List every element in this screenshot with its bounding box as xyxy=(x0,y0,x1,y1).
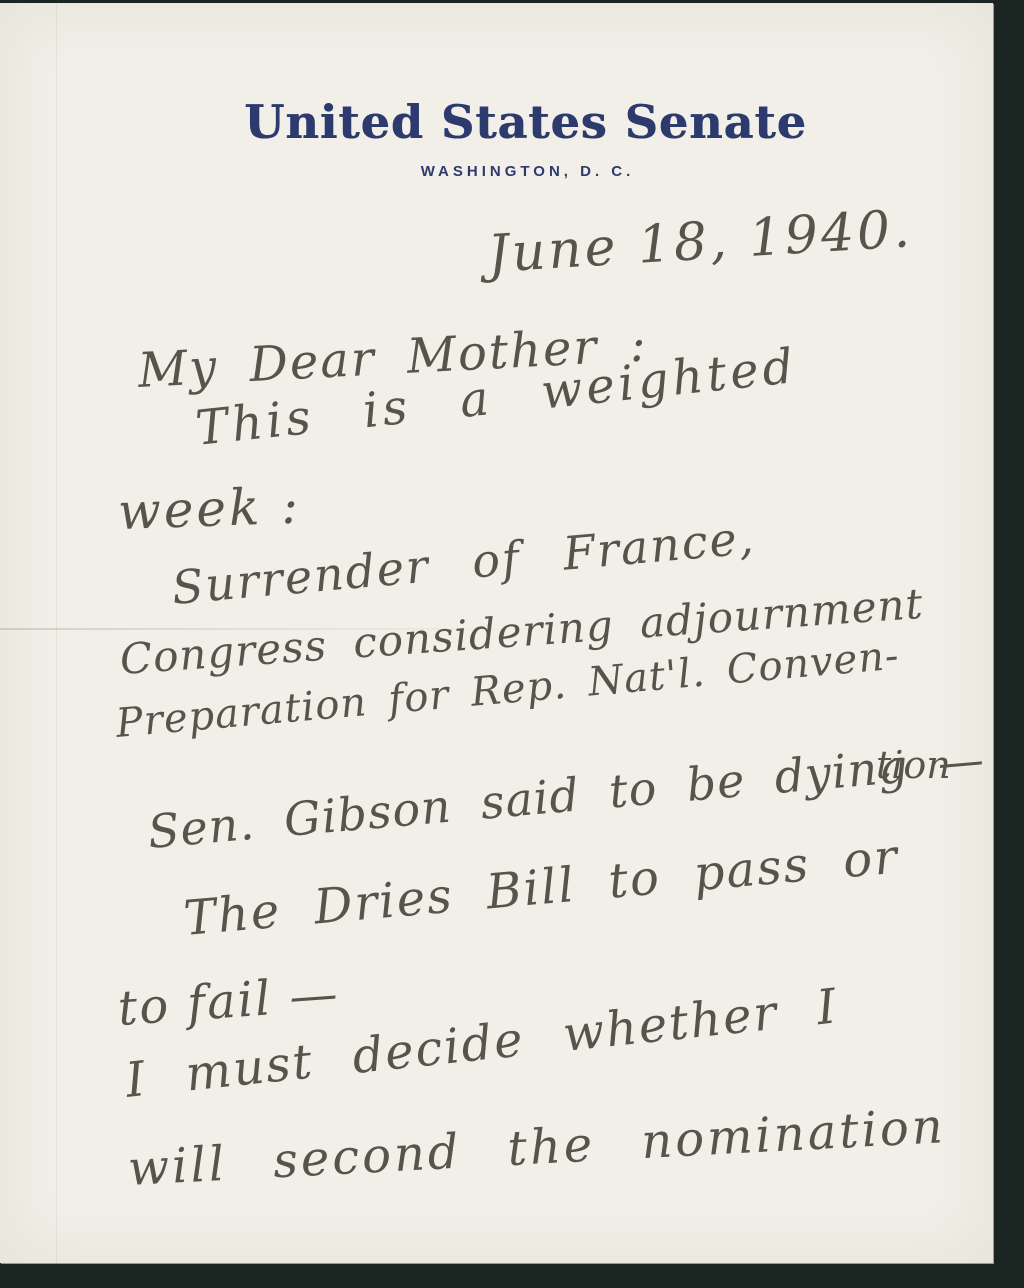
letterhead-location: WASHINGTON, D. C. xyxy=(0,163,993,180)
letter-paper: United States Senate WASHINGTON, D. C. J… xyxy=(0,3,993,1263)
vertical-fold-crease xyxy=(56,3,57,1263)
handwritten-line: to fail — xyxy=(116,966,341,1037)
handwritten-line: will second the nomination xyxy=(127,1098,947,1197)
letterhead-title: United States Senate xyxy=(0,95,993,149)
handwritten-line: week : xyxy=(117,477,302,541)
date-line: June 18, 1940. xyxy=(486,199,914,285)
